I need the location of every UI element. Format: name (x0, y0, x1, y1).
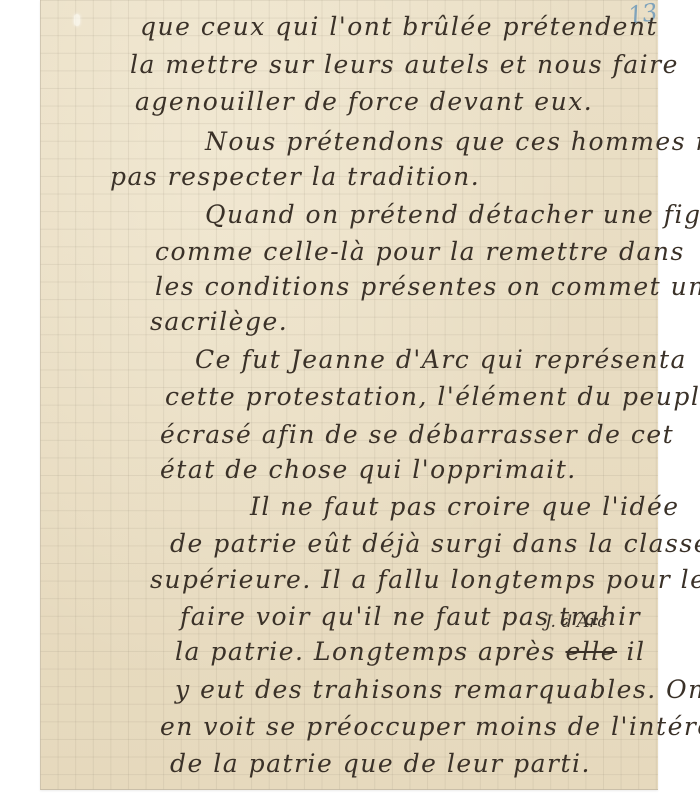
manuscript-line: que ceux qui l'ont brûlée prétendent (140, 12, 658, 41)
manuscript-line: écrasé afin de se débarrasser de cet (160, 420, 674, 449)
manuscript-line: de la patrie que de leur parti. (170, 749, 591, 778)
manuscript-line: les conditions présentes on commet un (155, 272, 700, 301)
manuscript-line: état de chose qui l'opprimait. (160, 455, 577, 484)
manuscript-line: Ce fut Jeanne d'Arc qui représenta (195, 345, 687, 374)
manuscript-page: 13 que ceux qui l'ont brûlée prétendent … (40, 0, 658, 790)
manuscript-line: la mettre sur leurs autels et nous faire (130, 50, 679, 79)
manuscript-line: Nous prétendons que ces hommes ne saurai… (205, 127, 700, 156)
manuscript-line: supérieure. Il a fallu longtemps pour le… (150, 565, 700, 594)
manuscript-line: pas respecter la tradition. (110, 162, 480, 191)
manuscript-line: Il ne faut pas croire que l'idée (250, 492, 680, 521)
interlinear-insertion: J. d'Arc (545, 612, 607, 632)
manuscript-line: Quand on prétend détacher une figure (205, 200, 700, 229)
manuscript-line-corrected: la patrie. Longtemps après elle il (175, 637, 646, 666)
manuscript-line: y eut des trahisons remarquables. On (175, 675, 700, 704)
struck-word: elle (565, 637, 617, 666)
manuscript-line: agenouiller de force devant eux. (135, 87, 593, 116)
manuscript-line: sacrilège. (150, 307, 288, 336)
manuscript-line: en voit se préoccuper moins de l'intérêt (160, 712, 700, 741)
line-text-after: il (617, 637, 645, 666)
manuscript-line: comme celle-là pour la remettre dans (155, 237, 685, 266)
manuscript-line: de patrie eût déjà surgi dans la classe (170, 529, 700, 558)
paper-pinhole (74, 14, 80, 26)
line-text: la patrie. Longtemps après (175, 637, 556, 666)
manuscript-line: cette protestation, l'élément du peuple (165, 382, 700, 411)
